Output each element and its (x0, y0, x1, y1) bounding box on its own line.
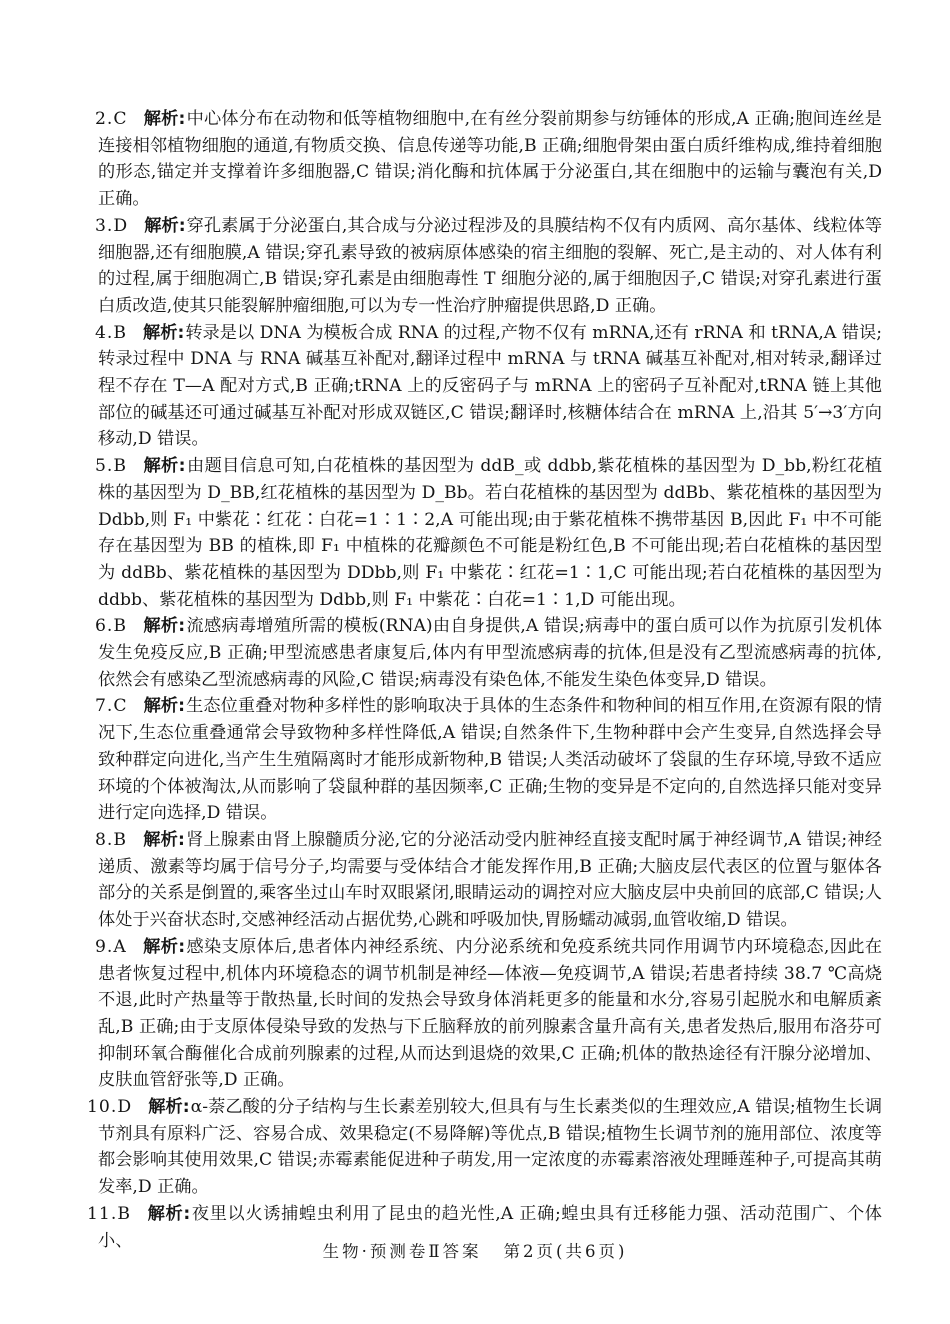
answer-item-4: 4.B解析:转录是以 DNA 为模板合成 RNA 的过程,产物不仅有 mRNA,… (98, 320, 882, 454)
item-number-answer: 6.B (95, 616, 127, 636)
answer-sheet-page: 2.C解析:中心体分布在动物和低等植物细胞中,在有丝分裂前期参与纺锤体的形成,A… (0, 0, 950, 1324)
footer-exam-title: 生物·预测卷Ⅱ答案 (323, 1242, 482, 1261)
analysis-text: 感染支原体后,患者体内神经系统、内分泌系统和免疫系统共同作用调节内环境稳态,因此… (98, 937, 882, 1091)
analysis-text: 由题目信息可知,白花植株的基因型为 ddB_或 ddbb,紫花植株的基因型为 D… (98, 456, 882, 610)
analysis-label: 解析: (144, 216, 185, 236)
analysis-text: 转录是以 DNA 为模板合成 RNA 的过程,产物不仅有 mRNA,还有 rRN… (98, 323, 882, 450)
answer-item-10: 10.D解析:α-萘乙酸的分子结构与生长素差别较大,但具有与生长素类似的生理效应… (98, 1094, 882, 1201)
item-number-answer: 10.D (87, 1097, 132, 1117)
analysis-label: 解析: (144, 109, 186, 129)
analysis-label: 解析: (143, 323, 184, 343)
analysis-label: 解析: (143, 456, 186, 476)
analysis-text: 穿孔素属于分泌蛋白,其合成与分泌过程涉及的具膜结构不仅有内质网、高尔基体、线粒体… (98, 216, 882, 316)
answer-item-9: 9.A解析:感染支原体后,患者体内神经系统、内分泌系统和免疫系统共同作用调节内环… (98, 934, 882, 1094)
analysis-text: 生态位重叠对物种多样性的影响取决于具体的生态条件和物种间的相互作用,在资源有限的… (98, 696, 882, 823)
answer-item-7: 7.C解析:生态位重叠对物种多样性的影响取决于具体的生态条件和物种间的相互作用,… (98, 693, 882, 827)
item-number-answer: 8.B (95, 830, 127, 850)
analysis-label: 解析: (148, 1097, 190, 1117)
answer-list: 2.C解析:中心体分布在动物和低等植物细胞中,在有丝分裂前期参与纺锤体的形成,A… (98, 106, 882, 1254)
answer-item-2: 2.C解析:中心体分布在动物和低等植物细胞中,在有丝分裂前期参与纺锤体的形成,A… (98, 106, 882, 213)
item-number-answer: 5.B (95, 456, 127, 476)
analysis-label: 解析: (143, 937, 185, 957)
item-number-answer: 4.B (95, 323, 127, 343)
analysis-text: 流感病毒增殖所需的模板(RNA)由自身提供,A 错误;病毒中的蛋白质可以作为抗原… (98, 616, 882, 689)
answer-item-8: 8.B解析:肾上腺素由肾上腺髓质分泌,它的分泌活动受内脏神经直接支配时属于神经调… (98, 827, 882, 934)
analysis-label: 解析: (143, 830, 185, 850)
item-number-answer: 2.C (95, 109, 128, 129)
answer-item-6: 6.B解析:流感病毒增殖所需的模板(RNA)由自身提供,A 错误;病毒中的蛋白质… (98, 613, 882, 693)
analysis-label: 解析: (144, 696, 185, 716)
item-number-answer: 7.C (95, 696, 128, 716)
page-footer: 生物·预测卷Ⅱ答案第2页(共6页) (0, 1238, 950, 1262)
analysis-text: 肾上腺素由肾上腺髓质分泌,它的分泌活动受内脏神经直接支配时属于神经调节,A 错误… (98, 830, 882, 930)
item-number-answer: 3.D (95, 216, 128, 236)
footer-page-number: 第2页(共6页) (504, 1242, 628, 1261)
item-number-answer: 9.A (95, 937, 127, 957)
answer-item-5: 5.B解析:由题目信息可知,白花植株的基因型为 ddB_或 ddbb,紫花植株的… (98, 453, 882, 613)
analysis-label: 解析: (143, 616, 185, 636)
analysis-label: 解析: (147, 1204, 190, 1224)
analysis-text: 中心体分布在动物和低等植物细胞中,在有丝分裂前期参与纺锤体的形成,A 正确;胞间… (98, 109, 882, 209)
answer-item-3: 3.D解析:穿孔素属于分泌蛋白,其合成与分泌过程涉及的具膜结构不仅有内质网、高尔… (98, 213, 882, 320)
analysis-text: α-萘乙酸的分子结构与生长素差别较大,但具有与生长素类似的生理效应,A 错误;植… (98, 1097, 882, 1197)
item-number-answer: 11.B (87, 1204, 131, 1224)
